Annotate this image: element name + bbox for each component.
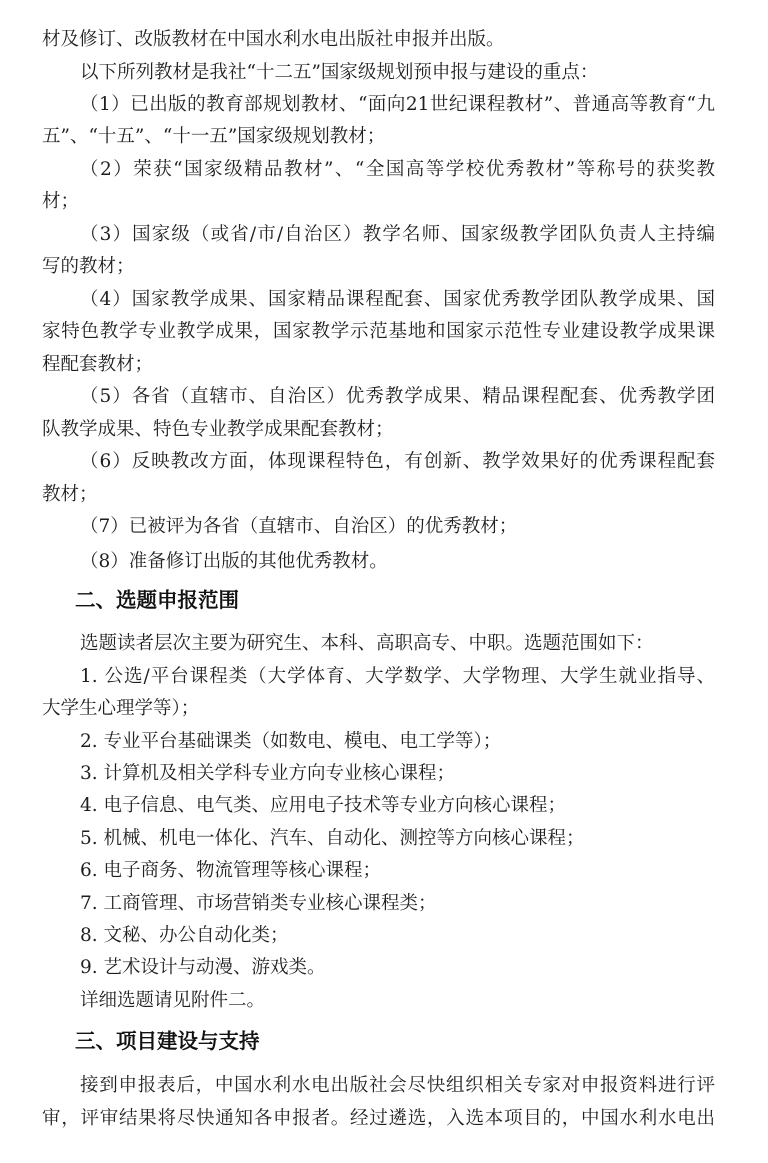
paragraph-line: 材及修订、改版教材在中国水利水电出版社申报并出版。	[42, 27, 505, 53]
list-item-5: （5）各省（直辖市、自治区）优秀教学成果、精品课程配套、优秀教学团	[80, 384, 715, 410]
section-heading-3: 三、项目建设与支持	[75, 1026, 260, 1056]
list-item-3-cont: 写的教材；	[42, 254, 135, 280]
scope-item-4: 4. 电子信息、电气类、应用电子技术等专业方向核心课程；	[80, 793, 566, 819]
list-item-2-cont: 材；	[42, 189, 79, 215]
list-item-4-cont: 程配套教材；	[42, 352, 153, 378]
section-3-paragraph-cont: 审，评审结果将尽快通知各申报者。经过遴选，入选本项目的，中国水利水电出	[42, 1106, 715, 1132]
scope-item-6: 6. 电子商务、物流管理等核心课程；	[80, 858, 381, 884]
paragraph-line: 以下所列教材是我社“十二五”国家级规划预申报与建设的重点：	[80, 60, 598, 86]
appendix-note: 详细选题请见附件二。	[80, 988, 265, 1014]
section-3-paragraph: 接到申报表后，中国水利水电出版社会尽快组织相关专家对申报资料进行评	[80, 1073, 715, 1099]
list-item-4: （4）国家教学成果、国家精品课程配套、国家优秀教学团队教学成果、国	[80, 287, 715, 313]
document-page: 材及修订、改版教材在中国水利水电出版社申报并出版。 以下所列教材是我社“十二五”…	[0, 0, 768, 1163]
list-item-8: （8）准备修订出版的其他优秀教材。	[80, 549, 388, 575]
list-item-4-cont: 家特色教学专业教学成果，国家教学示范基地和国家示范性专业建设教学成果课	[42, 319, 715, 345]
scope-item-1: 1. 公选/平台课程类（大学体育、大学数学、大学物理、大学生就业指导、	[80, 664, 715, 690]
list-item-1: （1）已出版的教育部规划教材、“面向21世纪课程教材”、普通高等教育“九	[80, 92, 715, 118]
scope-item-5: 5. 机械、机电一体化、汽车、自动化、测控等方向核心课程；	[80, 826, 585, 852]
scope-item-9: 9. 艺术设计与动漫、游戏类。	[80, 955, 326, 981]
list-item-3: （3）国家级（或省/市/自治区）教学名师、国家级教学团队负责人主持编	[80, 222, 715, 248]
scope-item-1-cont: 大学生心理学等）；	[42, 696, 199, 722]
section-2-intro: 选题读者层次主要为研究生、本科、高职高专、中职。选题范围如下：	[80, 631, 654, 657]
list-item-6: （6）反映教改方面，体现课程特色，有创新、教学效果好的优秀课程配套	[80, 449, 715, 475]
list-item-6-cont: 教材；	[42, 482, 98, 508]
scope-item-7: 7. 工商管理、市场营销类专业核心课程类；	[80, 891, 437, 917]
scope-item-2: 2. 专业平台基础课类（如数电、模电、电工学等）；	[80, 729, 501, 755]
scope-item-3: 3. 计算机及相关学科专业方向专业核心课程；	[80, 761, 455, 787]
section-heading-2: 二、选题申报范围	[75, 585, 239, 615]
scope-item-8: 8. 文秘、办公自动化类；	[80, 923, 289, 949]
list-item-5-cont: 队教学成果、特色专业教学成果配套教材；	[42, 417, 394, 443]
list-item-7: （7）已被评为各省（直辖市、自治区）的优秀教材；	[80, 514, 517, 540]
list-item-2: （2）荣获“国家级精品教材”、“全国高等学校优秀教材”等称号的获奖教	[80, 157, 715, 183]
list-item-1-cont: 五”、“十五”、“十一五”国家级规划教材；	[42, 124, 385, 150]
